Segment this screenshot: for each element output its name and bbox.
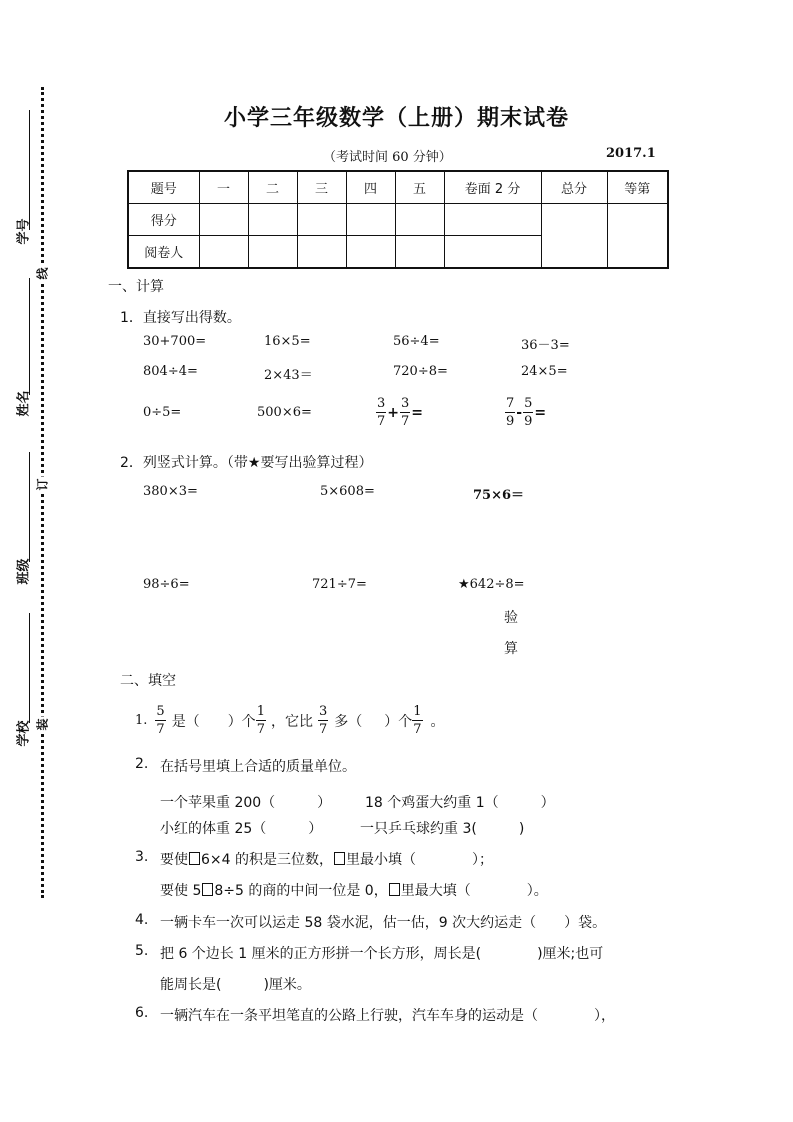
digit-box: [202, 883, 213, 896]
s1-q1-item: 56÷4=: [393, 334, 440, 349]
score-table-header-row: 题号 一 二 三 四 五 卷面 2 分 总分 等第: [128, 171, 668, 204]
score-cell[interactable]: [297, 204, 346, 236]
s1-q2-item: 380×3=: [143, 484, 198, 499]
s1-q1-item: 0÷5=: [143, 405, 181, 420]
binding-char-staple: 订: [34, 477, 51, 493]
score-table: 题号 一 二 三 四 五 卷面 2 分 总分 等第 得分 阅卷人: [127, 170, 669, 269]
student-id-label: 学号: [13, 212, 32, 252]
score-cell[interactable]: [444, 204, 541, 236]
header-part-4: 四: [346, 171, 395, 204]
header-neatness: 卷面 2 分: [444, 171, 541, 204]
s1-q1-item: 500×6=: [257, 405, 312, 420]
s2-q6-num: 6.: [135, 1005, 148, 1021]
s2-q2-text: 在括号里填上合适的质量单位。: [160, 756, 356, 776]
s2-q6-text[interactable]: 一辆汽车在一条平坦笔直的公路上行驶，汽车车身的运动是（ ），: [160, 1005, 615, 1025]
score-cell[interactable]: [395, 204, 444, 236]
s2-q4-text[interactable]: 一辆卡车一次可以运走 58 袋水泥，估一估，9 次大约运走（ ）袋。: [160, 912, 606, 932]
s2-q5-line2[interactable]: 能周长是( )厘米。: [160, 974, 311, 994]
score-cell[interactable]: [199, 204, 248, 236]
grade-cell[interactable]: [607, 204, 668, 269]
s1-q2-item: 5×608=: [320, 484, 375, 499]
s1-q2-item: 98÷6=: [143, 577, 190, 592]
header-part-1: 一: [199, 171, 248, 204]
s1-q2-label: 2．列竖式计算。（带★要写出验算过程）: [120, 452, 372, 472]
s1-q1-item: 2×43＝: [264, 364, 313, 383]
header-question-no: 题号: [128, 171, 199, 204]
header-grade: 等第: [607, 171, 668, 204]
class-label: 班级: [13, 552, 32, 592]
s2-q3-line2: 要使 58÷5 的商的中间一位是 0，里最大填（ ）。: [160, 880, 548, 900]
s1-q2-item: 721÷7=: [312, 577, 367, 592]
header-total: 总分: [541, 171, 607, 204]
s2-q2-item[interactable]: 小红的体重 25（ ）: [160, 818, 322, 838]
s1-q1-item: 720÷8=: [393, 364, 448, 379]
s1-q2-item-starred: ★642÷8=: [458, 577, 525, 592]
grader-cell[interactable]: [444, 236, 541, 269]
s2-q2-item[interactable]: 一只乒乓球约重 3( ): [360, 818, 524, 838]
grader-cell[interactable]: [248, 236, 297, 269]
binding-char-line: 线: [34, 266, 51, 282]
section-2-heading: 二、填空: [120, 670, 176, 690]
score-row-label: 得分: [128, 204, 199, 236]
s1-q1-fraction-diff: 79-59=: [505, 395, 547, 430]
score-row: 得分: [128, 204, 668, 236]
s1-q1-item: 24×5=: [521, 364, 568, 379]
header-part-5: 五: [395, 171, 444, 204]
school-label: 学校: [13, 714, 32, 754]
s2-q2-item[interactable]: 一个苹果重 200（ ）: [160, 792, 331, 812]
score-cell[interactable]: [248, 204, 297, 236]
name-line[interactable]: [29, 278, 30, 395]
score-cell[interactable]: [346, 204, 395, 236]
s1-q1-fraction-sum: 37+37=: [376, 395, 424, 430]
grader-cell[interactable]: [346, 236, 395, 269]
header-part-3: 三: [297, 171, 346, 204]
digit-box: [389, 883, 400, 896]
check-label-2: 算: [504, 638, 518, 658]
class-line[interactable]: [29, 452, 30, 562]
digit-box: [189, 852, 200, 865]
s2-q3-line1: 要使6×4 的积是三位数，里最小填（ ）；: [160, 849, 493, 869]
s2-q4-num: 4.: [135, 912, 148, 928]
exam-date: 2017.1: [606, 146, 656, 161]
exam-title: 小学三年级数学（上册）期末试卷: [0, 101, 793, 132]
s1-q1-item: 36－3=: [521, 334, 570, 353]
check-label-1: 验: [504, 607, 518, 627]
s1-q1-item: 30+700=: [143, 334, 206, 349]
s2-q5-line1[interactable]: 把 6 个边长 1 厘米的正方形拼一个长方形，周长是( )厘米;也可: [160, 943, 603, 963]
binding-dotted-line: [41, 87, 44, 898]
binding-char-bind: 装: [34, 717, 51, 733]
grader-cell[interactable]: [297, 236, 346, 269]
grader-cell[interactable]: [395, 236, 444, 269]
digit-box: [334, 852, 345, 865]
s2-q3-num: 3.: [135, 849, 148, 865]
s1-q1-item: 16×5=: [264, 334, 311, 349]
total-score-cell[interactable]: [541, 204, 607, 269]
s2-q2-num: 2.: [135, 756, 148, 772]
s2-q5-num: 5.: [135, 943, 148, 959]
exam-duration: （考试时间 60 分钟）: [323, 146, 452, 165]
grader-row-label: 阅卷人: [128, 236, 199, 269]
s1-q1-item: 804÷4=: [143, 364, 198, 379]
s2-q1: 1. 57 是（ ）个 17 ，它比 37 多（ ）个 17 。: [135, 703, 445, 738]
s1-q2-item: 75×6＝: [473, 484, 524, 503]
school-line[interactable]: [29, 613, 30, 723]
s2-q2-item[interactable]: 18 个鸡蛋大约重 1（ ）: [365, 792, 555, 812]
section-1-heading: 一、计算: [108, 276, 164, 296]
name-label: 姓名: [13, 384, 32, 424]
grader-cell[interactable]: [199, 236, 248, 269]
s1-q1-label: 1．直接写出得数。: [120, 307, 241, 327]
header-part-2: 二: [248, 171, 297, 204]
